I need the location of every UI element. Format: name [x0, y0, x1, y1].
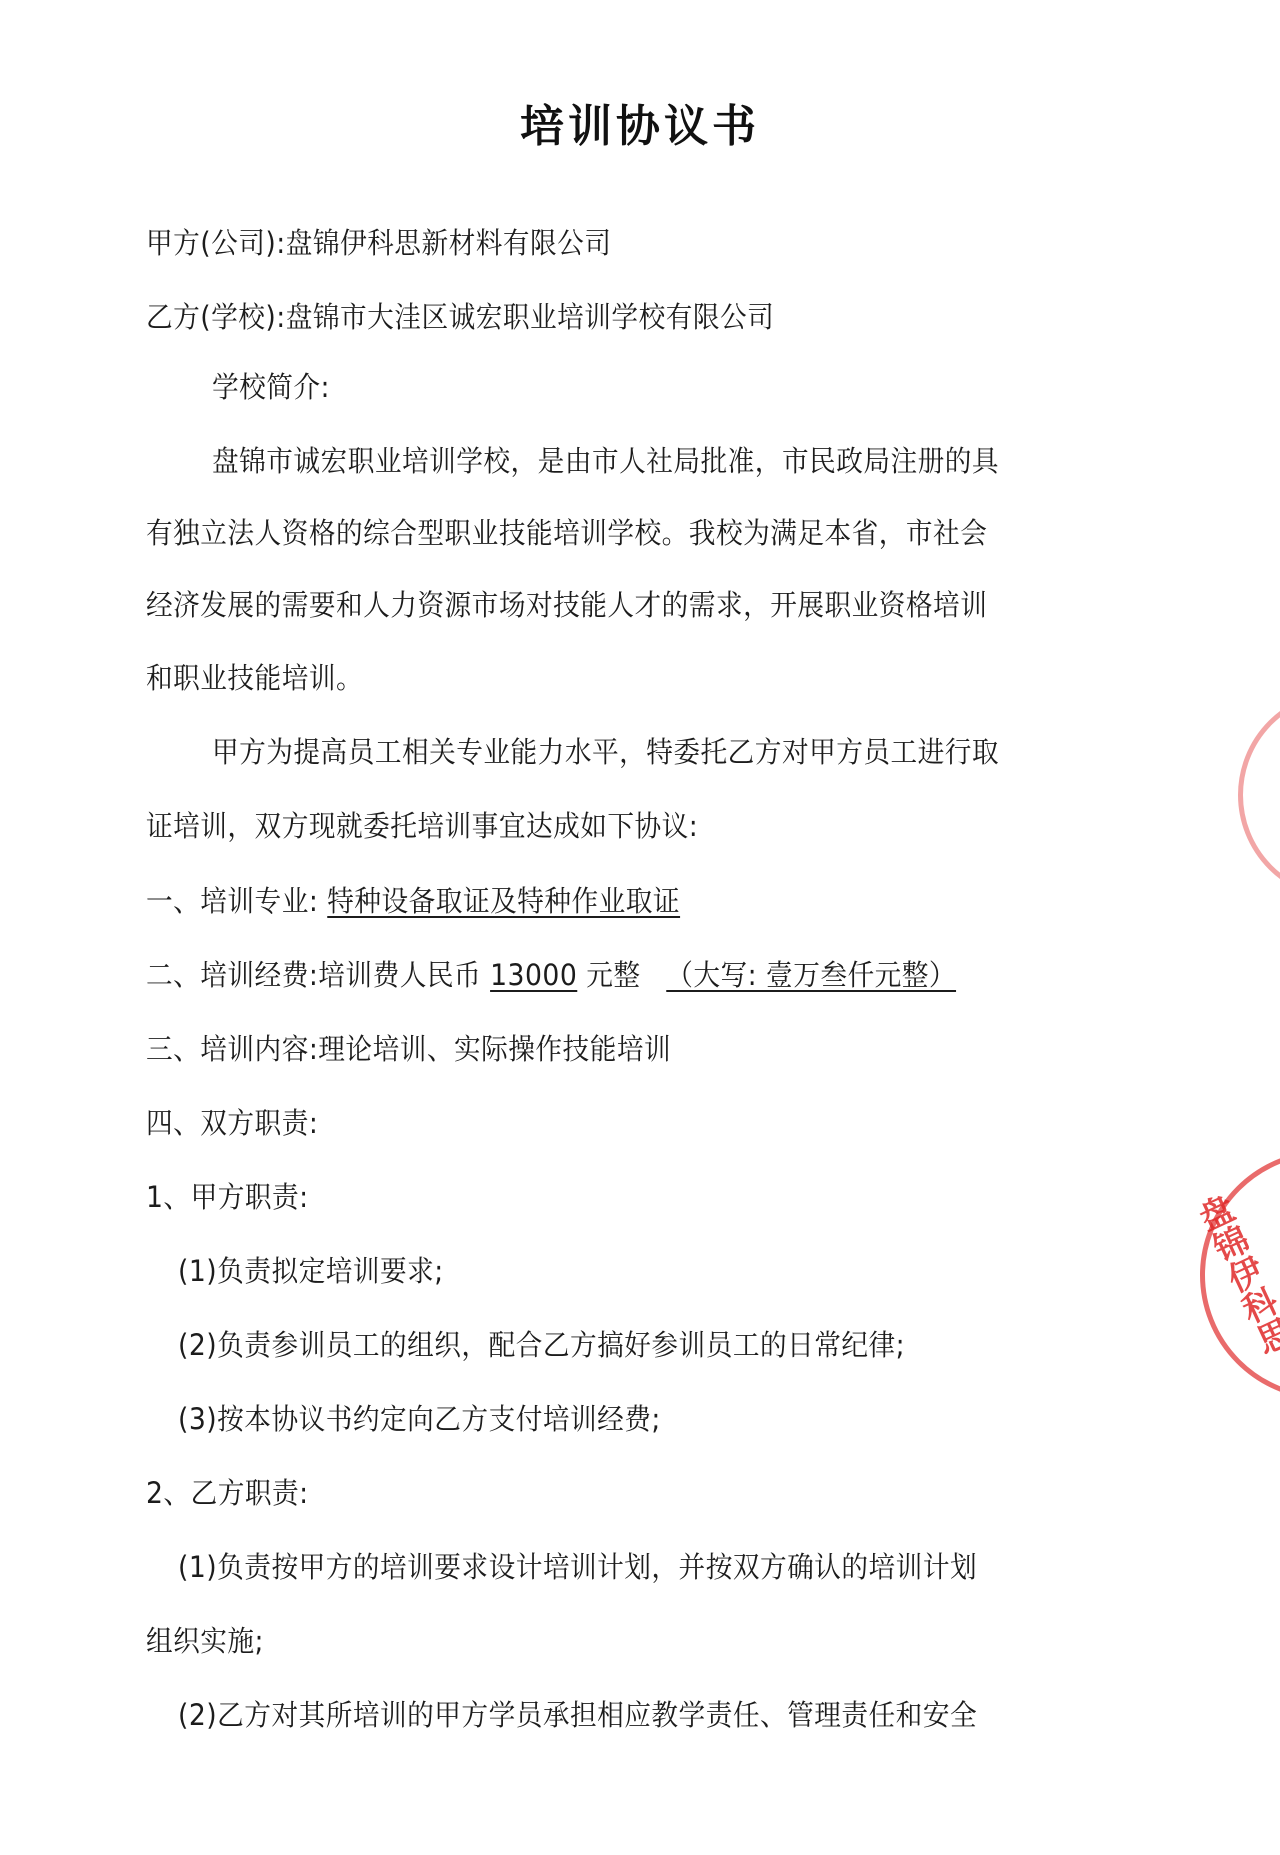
party-a-duty-3: (3)按本协议书约定向乙方支付培训经费;: [178, 1399, 661, 1439]
page-title: 培训协议书: [0, 100, 1280, 154]
party-b-duty-2-line-1: (2)乙方对其所培训的甲方学员承担相应教学责任、管理责任和安全: [178, 1695, 977, 1735]
party-a-duty-1: (1)负责拟定培训要求;: [178, 1251, 444, 1291]
clause-responsibilities: 四、双方职责:: [146, 1103, 318, 1143]
party-b-duties-heading: 2、乙方职责:: [146, 1473, 309, 1513]
party-b-line: 乙方(学校):盘锦市大洼区诚宏职业培训学校有限公司: [146, 297, 774, 337]
clause-training-content: 三、培训内容:理论培训、实际操作技能培训: [146, 1029, 671, 1069]
fee-unit: 元整: [577, 958, 640, 992]
party-a-line: 甲方(公司):盘锦伊科思新材料有限公司: [146, 223, 611, 263]
clause-training-major: 一、培训专业: 特种设备取证及特种作业取证: [146, 881, 680, 921]
party-a-duty-2: (2)负责参训员工的组织，配合乙方搞好参训员工的日常纪律;: [178, 1325, 905, 1365]
intro-line-2: 有独立法人资格的综合型职业技能培训学校。我校为满足本省，市社会: [146, 513, 987, 553]
party-b-duty-1-line-1: (1)负责按甲方的培训要求设计培训计划，并按双方确认的培训计划: [178, 1547, 977, 1587]
intro-line-3: 经济发展的需要和人力资源市场对技能人才的需求，开展职业资格培训: [146, 585, 987, 625]
clause-training-fee: 二、培训经费:培训费人民币 13000 元整（大写: 壹万叁仟元整）: [146, 955, 956, 995]
clause-2-label: 二、培训经费:培训费人民币: [146, 958, 490, 992]
purpose-line-1: 甲方为提高员工相关专业能力水平，特委托乙方对甲方员工进行取: [212, 732, 999, 772]
fee-amount: 13000: [490, 958, 577, 992]
purpose-line-2: 证培训，双方现就委托培训事宜达成如下协议:: [146, 806, 698, 846]
intro-line-1: 盘锦市诚宏职业培训学校，是由市人社局批准，市民政局注册的具: [212, 441, 999, 481]
training-major-value: 特种设备取证及特种作业取证: [327, 884, 680, 918]
intro-heading: 学校简介:: [212, 367, 330, 407]
party-b-duty-1-line-2: 组织实施;: [146, 1621, 264, 1661]
fee-capital: （大写: 壹万叁仟元整）: [666, 958, 956, 992]
clause-1-label: 一、培训专业:: [146, 884, 327, 918]
party-a-duties-heading: 1、甲方职责:: [146, 1177, 309, 1217]
seal-stamp-top: [1238, 690, 1280, 900]
intro-line-4: 和职业技能培训。: [146, 658, 363, 698]
